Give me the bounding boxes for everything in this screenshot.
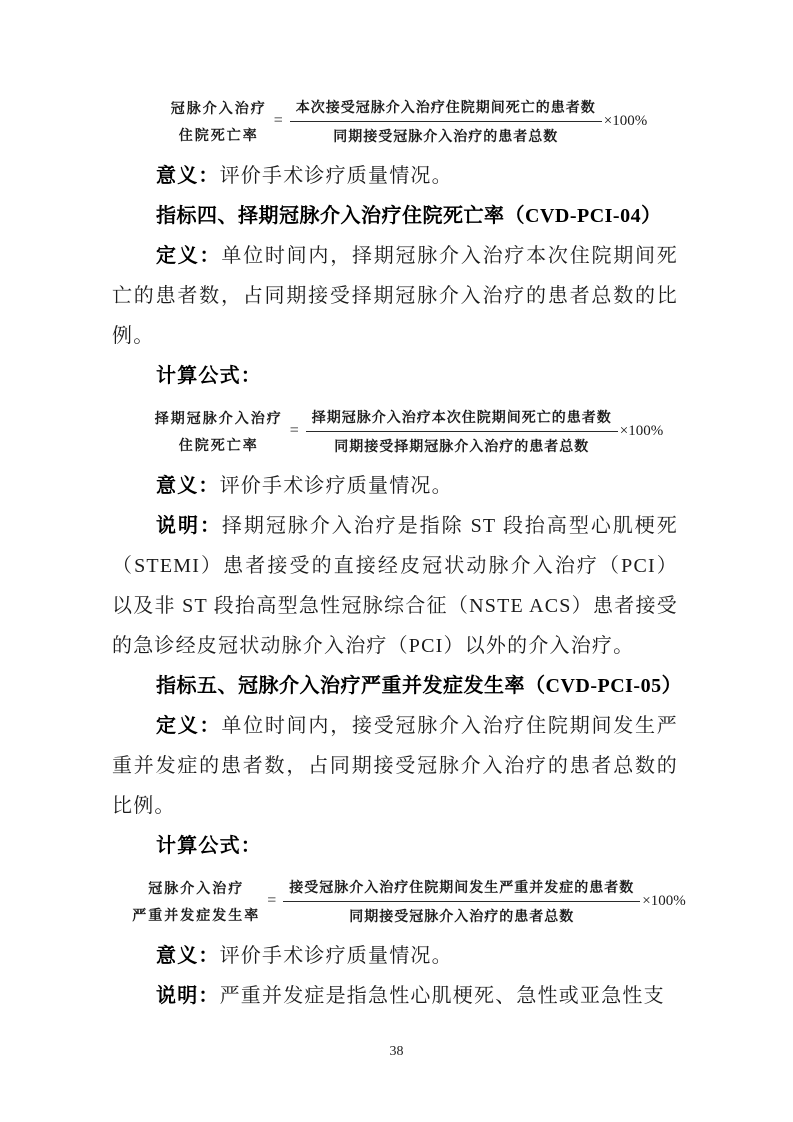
paragraph-label: 意义：: [156, 165, 220, 187]
formula-elective-pci-hospital-mortality: 择期冠脉介入治疗 住院死亡率 = 择期冠脉介入治疗本次住院期间死亡的患者数 同期…: [112, 404, 678, 458]
multiplier: ×100%: [604, 113, 647, 130]
paragraph-calc-label-5: 计算公式：: [112, 826, 678, 866]
formula-lhs: 择期冠脉介入治疗 住院死亡率: [155, 408, 283, 455]
paragraph-label: 计算公式：: [156, 365, 262, 387]
formula-lhs-bottom: 住院死亡率: [179, 125, 259, 145]
paragraph-definition-4: 定义：单位时间内，择期冠脉介入治疗本次住院期间死亡的患者数，占同期接受择期冠脉介…: [112, 236, 678, 356]
fraction-denominator: 同期接受冠脉介入治疗的患者总数: [333, 122, 558, 146]
fraction-denominator: 同期接受冠脉介入治疗的患者总数: [349, 902, 574, 926]
paragraph-definition-5: 定义：单位时间内，接受冠脉介入治疗住院期间发生严重并发症的患者数，占同期接受冠脉…: [112, 706, 678, 826]
paragraph-label: 计算公式：: [156, 835, 262, 857]
formula-lhs-bottom: 严重并发症发生率: [132, 905, 260, 925]
paragraph-label: 说明：: [156, 985, 220, 1007]
formula-lhs-bottom: 住院死亡率: [179, 435, 259, 455]
formula-lhs: 冠脉介入治疗 住院死亡率: [171, 98, 267, 145]
paragraph-text: 评价手术诊疗质量情况。: [220, 475, 453, 497]
paragraph-text: 评价手术诊疗质量情况。: [220, 165, 453, 187]
paragraph-calc-label-4: 计算公式：: [112, 356, 678, 396]
multiplier: ×100%: [642, 893, 685, 910]
fraction: 接受冠脉介入治疗住院期间发生严重并发症的患者数 同期接受冠脉介入治疗的患者总数: [283, 877, 640, 926]
paragraph-note-4: 说明：择期冠脉介入治疗是指除 ST 段抬高型心肌梗死（STEMI）患者接受的直接…: [112, 506, 678, 666]
paragraph-note-5: 说明：严重并发症是指急性心肌梗死、急性或亚急性支: [112, 976, 678, 1016]
fraction-numerator: 接受冠脉介入治疗住院期间发生严重并发症的患者数: [283, 877, 640, 902]
paragraph-label: 定义：: [156, 715, 221, 737]
paragraph-meaning-3: 意义：评价手术诊疗质量情况。: [112, 936, 678, 976]
formula-lhs: 冠脉介入治疗 严重并发症发生率: [132, 878, 260, 925]
formula-pci-severe-complication-rate: 冠脉介入治疗 严重并发症发生率 = 接受冠脉介入治疗住院期间发生严重并发症的患者…: [112, 874, 678, 928]
formula-lhs-top: 冠脉介入治疗: [171, 98, 267, 118]
formula-lhs-top: 冠脉介入治疗: [148, 878, 244, 898]
paragraph-text: 评价手术诊疗质量情况。: [220, 945, 453, 967]
paragraph-meaning-2: 意义：评价手术诊疗质量情况。: [112, 466, 678, 506]
paragraph-label: 说明：: [156, 515, 222, 537]
equals-sign: =: [267, 892, 276, 910]
paragraph-label: 定义：: [156, 245, 221, 267]
equals-sign: =: [274, 112, 283, 130]
fraction-numerator: 择期冠脉介入治疗本次住院期间死亡的患者数: [306, 407, 618, 432]
heading-indicator-5: 指标五、冠脉介入治疗严重并发症发生率（CVD-PCI-05）: [112, 666, 678, 706]
fraction: 择期冠脉介入治疗本次住院期间死亡的患者数 同期接受择期冠脉介入治疗的患者总数: [306, 407, 618, 456]
fraction-denominator: 同期接受择期冠脉介入治疗的患者总数: [334, 432, 589, 456]
fraction-numerator: 本次接受冠脉介入治疗住院期间死亡的患者数: [290, 97, 602, 122]
multiplier: ×100%: [620, 423, 663, 440]
paragraph-text: 严重并发症是指急性心肌梗死、急性或亚急性支: [220, 985, 665, 1007]
formula-pci-hospital-mortality: 冠脉介入治疗 住院死亡率 = 本次接受冠脉介入治疗住院期间死亡的患者数 同期接受…: [112, 94, 678, 148]
document-page: 冠脉介入治疗 住院死亡率 = 本次接受冠脉介入治疗住院期间死亡的患者数 同期接受…: [0, 0, 793, 1122]
page-content: 冠脉介入治疗 住院死亡率 = 本次接受冠脉介入治疗住院期间死亡的患者数 同期接受…: [112, 86, 678, 1016]
equals-sign: =: [290, 422, 299, 440]
paragraph-label: 意义：: [156, 945, 220, 967]
formula-lhs-top: 择期冠脉介入治疗: [155, 408, 283, 428]
fraction: 本次接受冠脉介入治疗住院期间死亡的患者数 同期接受冠脉介入治疗的患者总数: [290, 97, 602, 146]
paragraph-label: 意义：: [156, 475, 220, 497]
heading-indicator-4: 指标四、择期冠脉介入治疗住院死亡率（CVD-PCI-04）: [112, 196, 678, 236]
paragraph-meaning-1: 意义：评价手术诊疗质量情况。: [112, 156, 678, 196]
page-number: 38: [0, 1032, 793, 1072]
